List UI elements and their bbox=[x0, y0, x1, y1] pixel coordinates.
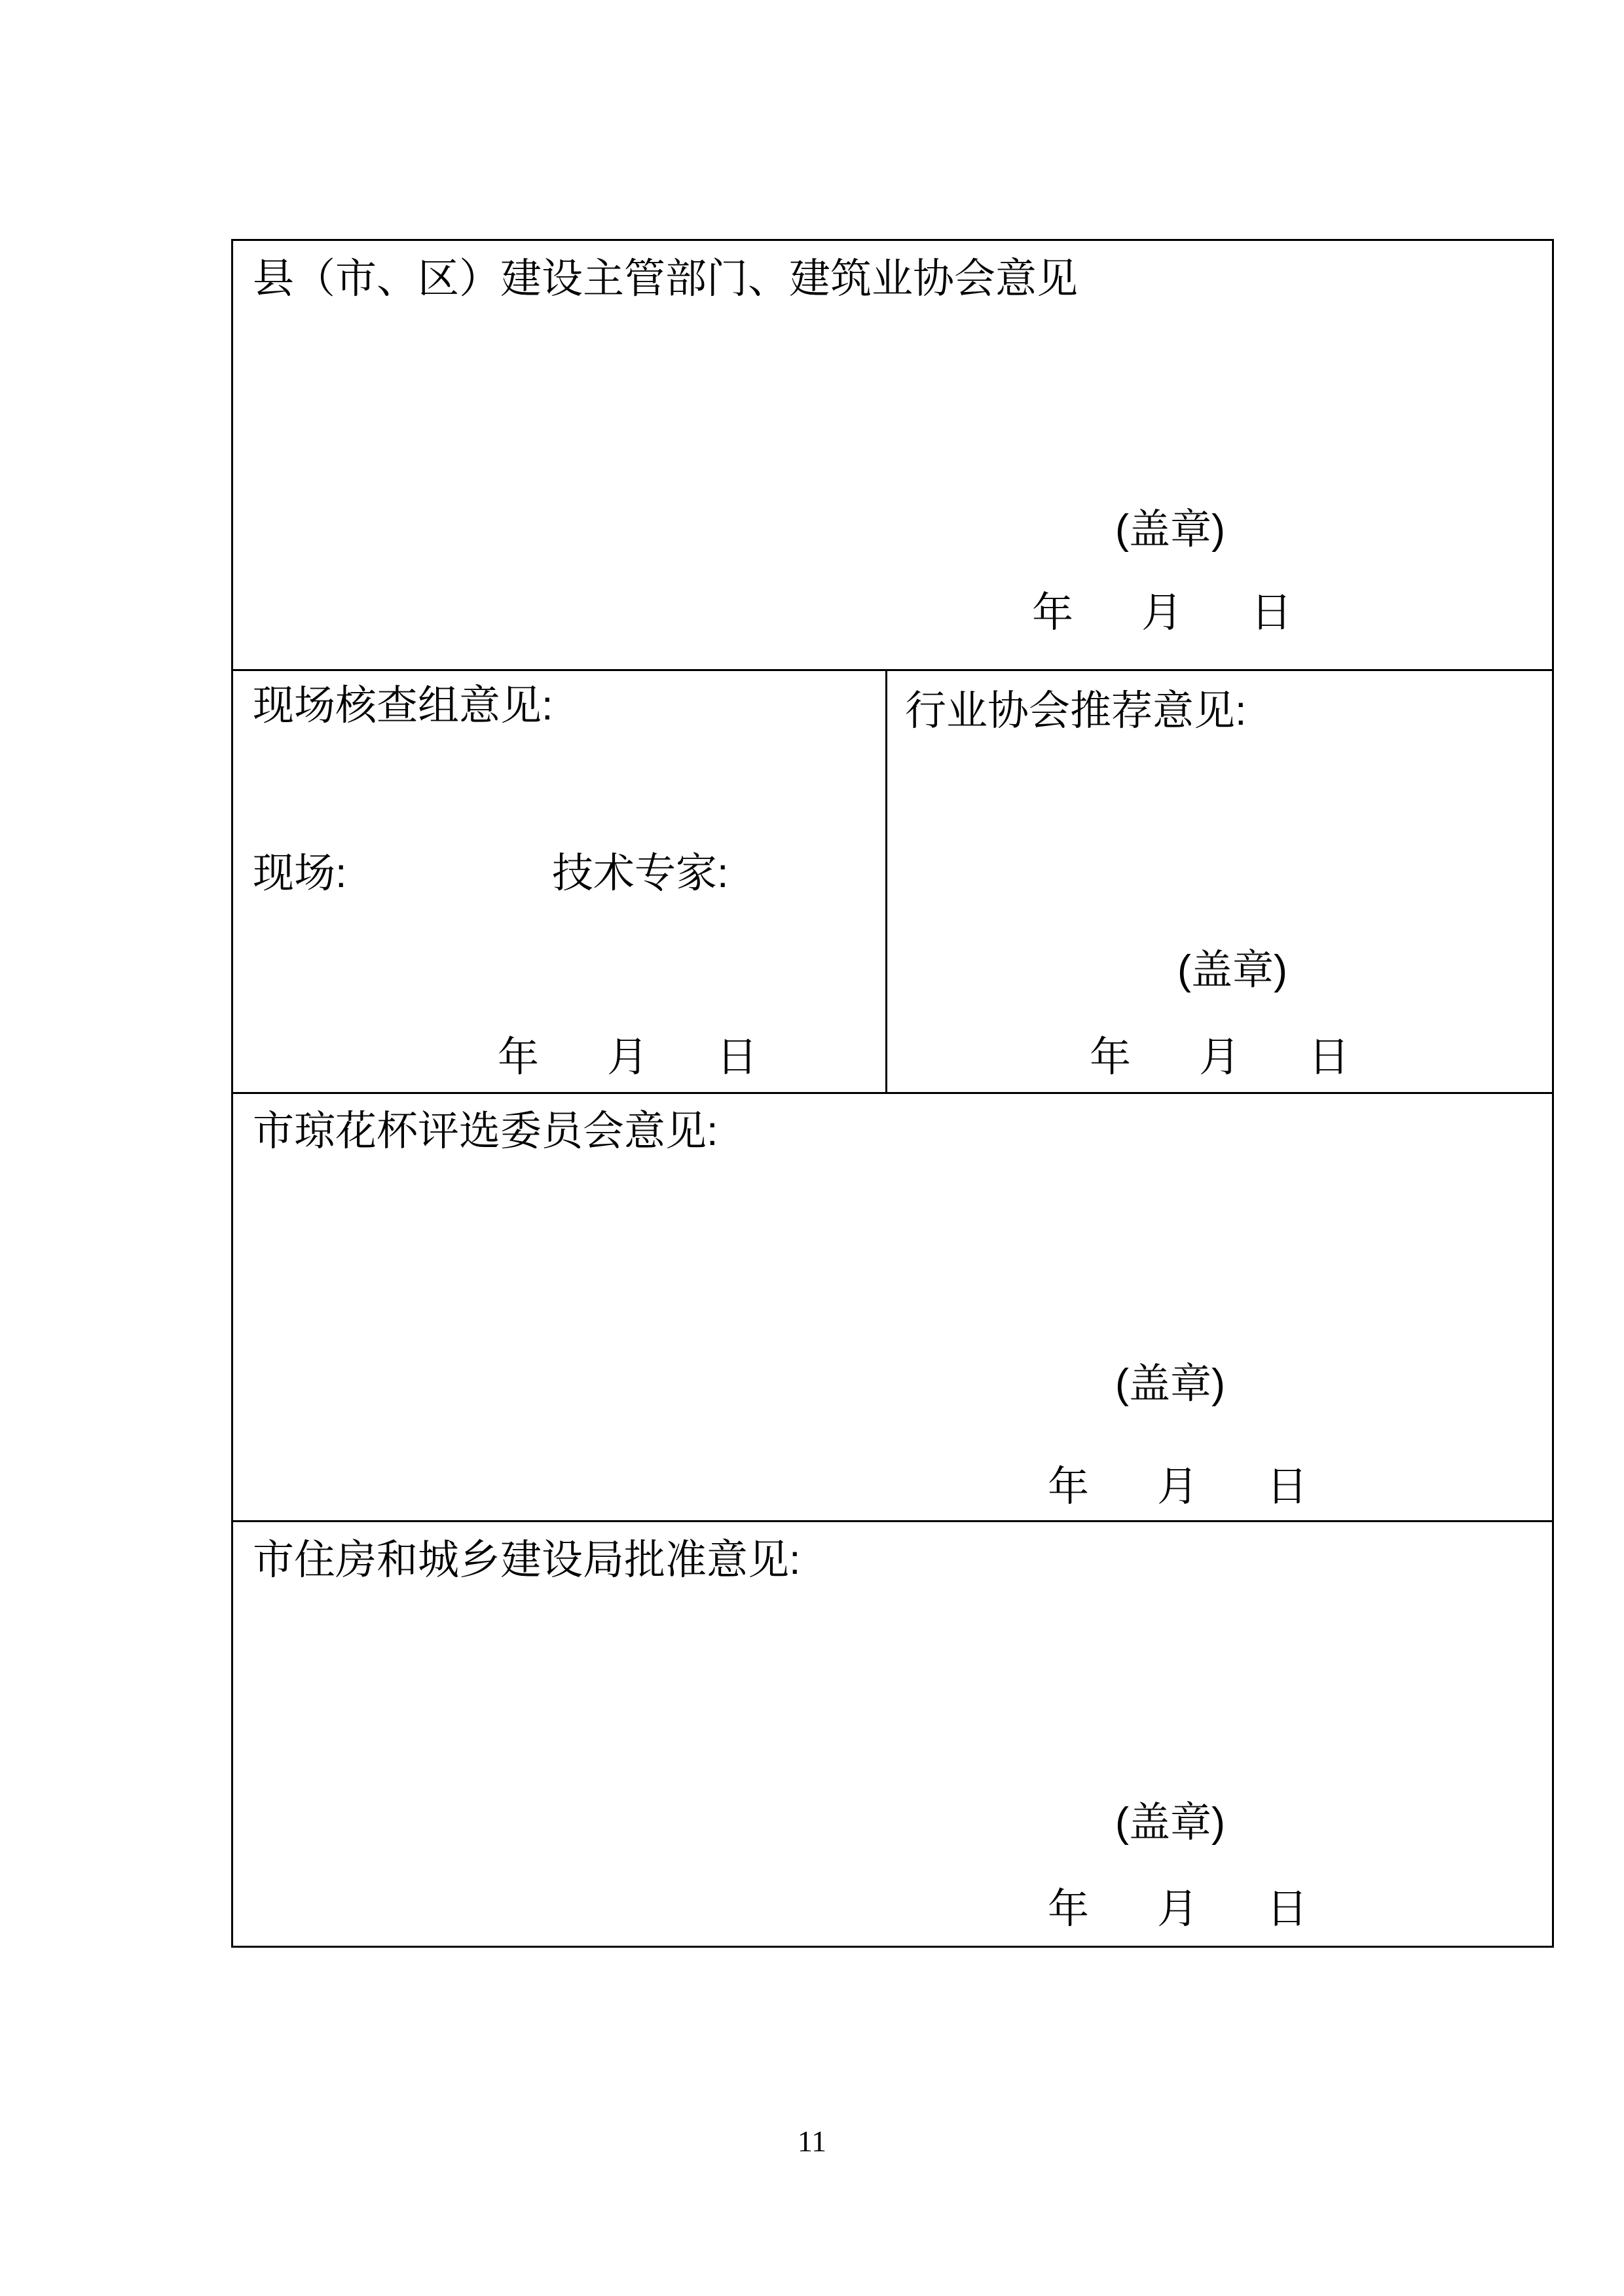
section-title: 行业协会推荐意见: bbox=[905, 691, 1247, 732]
date-year-label: 年 bbox=[1032, 592, 1073, 634]
site-label: 现场: bbox=[253, 853, 347, 894]
section-bureau-approval: 市住房和城乡建设局批准意见: (盖章) 年 月 日 bbox=[233, 1520, 1552, 1946]
date-year-label: 年 bbox=[1048, 1889, 1089, 1930]
date-year-label: 年 bbox=[1090, 1037, 1131, 1078]
stamp-placeholder: (盖章) bbox=[1115, 1364, 1225, 1405]
technical-expert-label: 技术专家: bbox=[552, 853, 729, 894]
stamp-placeholder: (盖章) bbox=[1177, 950, 1287, 991]
date-day-label: 日 bbox=[1308, 1037, 1350, 1078]
date-line: 年 月 日 bbox=[498, 1037, 758, 1078]
stamp-placeholder: (盖章) bbox=[1115, 509, 1225, 551]
section-committee-opinion: 市琼花杯评选委员会意见: (盖章) 年 月 日 bbox=[233, 1092, 1552, 1520]
document-page: 县（市、区）建设主管部门、建筑业协会意见 (盖章) 年 月 日 现场核查组意见:… bbox=[0, 0, 1624, 2296]
date-month-label: 月 bbox=[607, 1037, 648, 1078]
date-month-label: 月 bbox=[1199, 1037, 1240, 1078]
date-line: 年 月 日 bbox=[1048, 1889, 1308, 1930]
date-day-label: 日 bbox=[1251, 592, 1292, 634]
date-line: 年 月 日 bbox=[1032, 592, 1292, 634]
date-month-label: 月 bbox=[1141, 592, 1183, 634]
section-title: 市琼花杯评选委员会意见: bbox=[253, 1111, 718, 1152]
page-number: 11 bbox=[0, 2126, 1624, 2157]
cell-site-check-opinion: 现场核查组意见: 现场: 技术专家: 年 月 日 bbox=[233, 671, 887, 1092]
section-county-opinion: 县（市、区）建设主管部门、建筑业协会意见 (盖章) 年 月 日 bbox=[233, 241, 1552, 669]
section-title: 现场核查组意见: bbox=[253, 685, 553, 727]
stamp-placeholder: (盖章) bbox=[1115, 1802, 1225, 1844]
date-year-label: 年 bbox=[1048, 1467, 1089, 1508]
date-month-label: 月 bbox=[1157, 1889, 1198, 1930]
date-line: 年 月 日 bbox=[1090, 1037, 1350, 1078]
section-title: 县（市、区）建设主管部门、建筑业协会意见 bbox=[253, 259, 1078, 300]
date-line: 年 月 日 bbox=[1048, 1467, 1308, 1508]
date-year-label: 年 bbox=[498, 1037, 539, 1078]
date-day-label: 日 bbox=[716, 1037, 758, 1078]
approval-form-table: 县（市、区）建设主管部门、建筑业协会意见 (盖章) 年 月 日 现场核查组意见:… bbox=[231, 239, 1554, 1948]
date-day-label: 日 bbox=[1266, 1467, 1308, 1508]
section-title: 市住房和城乡建设局批准意见: bbox=[253, 1540, 801, 1581]
section-site-check-and-association: 现场核查组意见: 现场: 技术专家: 年 月 日 行业协会推荐意见: (盖章) … bbox=[233, 669, 1552, 1092]
date-month-label: 月 bbox=[1157, 1467, 1198, 1508]
date-day-label: 日 bbox=[1266, 1889, 1308, 1930]
cell-association-recommendation: 行业协会推荐意见: (盖章) 年 月 日 bbox=[887, 671, 1552, 1092]
site-expert-line: 现场: 技术专家: bbox=[233, 853, 885, 894]
